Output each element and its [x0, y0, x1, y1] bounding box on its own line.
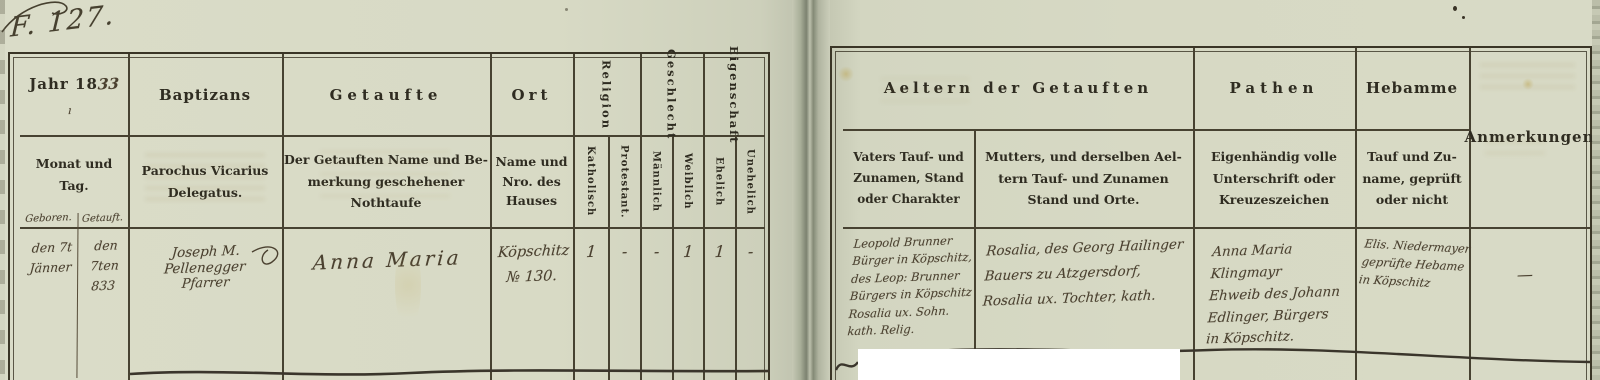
- ink-speck: [565, 8, 568, 11]
- bleed-through-smudge: [145, 148, 265, 208]
- mark-katholisch: 1: [572, 241, 610, 282]
- subheader-hebamme-name: Tauf und Zu- name, geprüft oder nicht: [1355, 130, 1469, 227]
- unehelich-vertical-label: Unehelich: [745, 149, 756, 215]
- jahr-handwritten-year: 33: [97, 75, 119, 94]
- paper-stain: [1522, 78, 1534, 90]
- column-header-pathen: Pathen: [1193, 46, 1355, 130]
- hand-label-geboren: Geboren.: [19, 209, 77, 228]
- ink-mark: ı: [68, 104, 72, 117]
- subheader-maennlich: Männlich: [640, 136, 672, 227]
- entry-child-name: Anna Maria: [294, 245, 478, 311]
- subheader-mutter: Mutters, und derselben Ael- tern Tauf- u…: [974, 130, 1193, 227]
- bleed-through-smudge: [320, 150, 450, 205]
- subheader-pathen-unterschrift: Eigenhändig volle Unterschrift oder Kreu…: [1193, 130, 1355, 227]
- entry-midwife: Elis. Niedermayer geprüfte Hebame in Köp…: [1350, 235, 1476, 340]
- eigenschaft-vertical-label: Eigenschaft: [727, 46, 741, 144]
- column-header-eigenschaft: Eigenschaft: [703, 54, 765, 136]
- column-header-hebamme: Hebamme: [1355, 46, 1469, 130]
- subheader-haus-nro: Name und Nro. des Hauses: [490, 136, 573, 227]
- column-header-ort: Ort: [490, 54, 573, 136]
- religion-vertical-label: Religion: [600, 60, 614, 130]
- left-header-divider-2: [20, 227, 765, 229]
- mark-maennlich: -: [639, 241, 674, 282]
- subheader-monat-tag: Monat und Tag.: [20, 136, 128, 213]
- left-page-edge: [0, 0, 5, 380]
- subheader-unehelich: Unehelich: [735, 136, 765, 227]
- maennlich-vertical-label: Männlich: [651, 151, 662, 212]
- entry-place-house: Köpschitz № 130.: [489, 238, 574, 321]
- right-page-edge: [1592, 0, 1600, 380]
- ehelich-vertical-label: Ehelich: [714, 157, 725, 206]
- mark-unehelich: -: [734, 241, 767, 282]
- book-gutter: [792, 0, 830, 380]
- subheader-vater: Vaters Tauf- und Zunamen, Stand oder Cha…: [843, 130, 974, 227]
- bleed-through-smudge: [880, 70, 970, 110]
- column-header-jahr: Jahr 1833: [20, 54, 128, 114]
- column-header-baptizans: Baptizans: [128, 54, 282, 136]
- baptismal-register-spread: F. 127. Jahr 1833 ı Baptizans Getaufte O…: [0, 0, 1600, 380]
- redaction-overlay: [858, 349, 1180, 380]
- mark-protestant: -: [607, 241, 642, 282]
- entry-godparents: Anna Maria Klingmayr Ehweib des Johann E…: [1195, 237, 1355, 380]
- protestant-vertical-label: Protestant.: [619, 145, 630, 219]
- subheader-weiblich: Weiblich: [672, 136, 703, 227]
- entry-remark-dash: —: [1494, 261, 1556, 287]
- entry-baptizans-title: Pfarrer: [149, 274, 261, 308]
- subheader-ehelich: Ehelich: [703, 136, 735, 227]
- entry-birth-date: den 7t Jänner: [16, 237, 81, 359]
- entry-baptism-date: den 7ten 833: [73, 235, 132, 357]
- geschlecht-vertical-label: Geschlecht: [665, 49, 679, 140]
- ink-speck: [1462, 16, 1465, 19]
- bleed-through-smudge: [1485, 140, 1545, 162]
- weiblich-vertical-label: Weiblich: [682, 153, 693, 210]
- column-header-getaufte: Getaufte: [282, 54, 490, 136]
- subheader-katholisch: Katholisch: [573, 136, 608, 227]
- mark-weiblich: 1: [671, 241, 705, 282]
- subheader-protestant: Protestant.: [608, 136, 640, 227]
- paper-stain: [395, 240, 421, 330]
- paper-stain: [838, 66, 854, 82]
- hand-label-getauft: Getauft.: [76, 209, 128, 228]
- mark-ehelich: 1: [702, 241, 737, 282]
- column-header-religion: Religion: [573, 54, 640, 136]
- katholisch-vertical-label: Katholisch: [585, 146, 596, 216]
- ink-speck: [1453, 6, 1457, 11]
- jahr-printed-label: Jahr 18: [29, 75, 98, 93]
- column-header-geschlecht: Geschlecht: [640, 54, 703, 136]
